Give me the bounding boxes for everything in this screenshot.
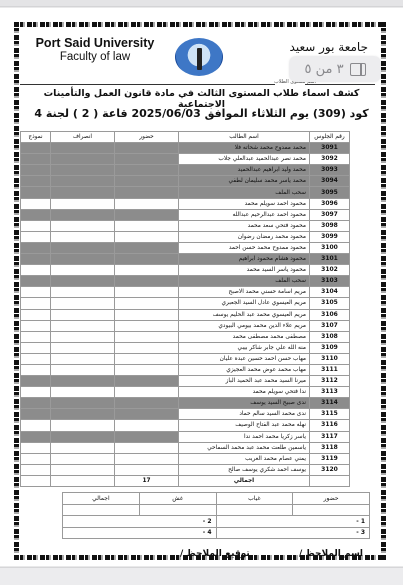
student-name: ندى صبيح السيد يوسف	[179, 398, 310, 409]
summary-line-2: 2 -	[63, 516, 217, 528]
attendance-cell	[115, 176, 179, 187]
table-row: 3094محمد ياسر محمد سليمان لطفي	[21, 176, 350, 187]
observer-signature-label: توقيع الملاحظ /	[180, 549, 250, 559]
seat-number: 3099	[310, 231, 350, 242]
student-name: مهاب حسن احمد حسين عبده عليان	[179, 353, 310, 364]
seat-number: 3097	[310, 209, 350, 220]
form-cell	[21, 198, 51, 209]
total-value: 17	[115, 475, 179, 486]
leave-cell	[51, 187, 115, 198]
seat-number: 3103	[310, 276, 350, 287]
form-cell	[21, 342, 51, 353]
form-cell	[21, 220, 51, 231]
page-indicator-text: ٣ من ٥	[304, 62, 343, 77]
leave-cell	[51, 231, 115, 242]
table-row: 3119يمني عصام محمد الغريب	[21, 453, 350, 464]
leave-cell	[51, 353, 115, 364]
form-cell	[21, 287, 51, 298]
total-empty	[51, 475, 115, 486]
table-row: 3109منه الله علي جابر شاكر بيبي	[21, 342, 350, 353]
student-name: مريم العيسوي عادل السيد الجعبري	[179, 298, 310, 309]
student-name: يمني عصام محمد الغريب	[179, 453, 310, 464]
form-cell	[21, 364, 51, 375]
table-row: 3116نهله محمد عبد الفتاح الوصيف	[21, 420, 350, 431]
form-cell	[21, 409, 51, 420]
student-name: محمود ياسر السيد محمد	[179, 265, 310, 276]
student-name: ياسر زكريا محمد احمد ندا	[179, 431, 310, 442]
seat-number: 3112	[310, 376, 350, 387]
form-cell	[21, 242, 51, 253]
seat-number: 3109	[310, 342, 350, 353]
summary-cheating-value	[139, 504, 216, 516]
leave-cell	[51, 331, 115, 342]
student-name: مهاب محمد عوض محمد العجيزي	[179, 364, 310, 375]
table-row: 3097محمود احمد عبدالرحيم عبدالله	[21, 209, 350, 220]
student-name: سحب الملف	[179, 187, 310, 198]
document-subtitle: كود (309) يوم الثلاثاء الموافق 2025/06/0…	[20, 107, 383, 120]
attendance-cell	[115, 254, 179, 265]
attendance-cell	[115, 342, 179, 353]
attendance-cell	[115, 320, 179, 331]
seat-number: 3106	[310, 309, 350, 320]
summary-absent-value	[216, 504, 293, 516]
seat-number: 3113	[310, 387, 350, 398]
table-row: 3101محمود هشام محمود ابراهيم	[21, 254, 350, 265]
leave-cell	[51, 420, 115, 431]
page-indicator[interactable]: ٣ من ٥	[289, 56, 381, 82]
table-row: 3100محمود ممدوح محمد حسن احمد	[21, 242, 350, 253]
attendance-cell	[115, 387, 179, 398]
total-row: اجمالي 17	[21, 475, 350, 486]
university-logo-icon	[175, 38, 223, 76]
form-cell	[21, 453, 51, 464]
attendance-cell	[115, 220, 179, 231]
attendance-cell	[115, 165, 179, 176]
table-row: 3120يوسف احمد شكري يوسف صالح	[21, 464, 350, 475]
leave-cell	[51, 342, 115, 353]
seat-number: 3092	[310, 154, 350, 165]
form-cell	[21, 387, 51, 398]
leave-cell	[51, 376, 115, 387]
leave-cell	[51, 453, 115, 464]
summary-line-row: 3 - 4 -	[63, 527, 370, 539]
table-row: 3114ندى صبيح السيد يوسف	[21, 398, 350, 409]
student-name: ندا فتحي سويلم محمد	[179, 387, 310, 398]
table-row: 3106مريم العيسوي محمد عبد الحليم يوسف	[21, 309, 350, 320]
summary-present-value	[293, 504, 370, 516]
student-name: مريم اسامة حسني محمد الاصبح	[179, 287, 310, 298]
summary-line-1: 1 -	[216, 516, 370, 528]
faculty-title: Faculty of law	[30, 51, 160, 63]
attendance-cell	[115, 209, 179, 220]
attendance-cell	[115, 154, 179, 165]
student-name: محمود ممدوح محمد حسن احمد	[179, 242, 310, 253]
student-name: نهله محمد عبد الفتاح الوصيف	[179, 420, 310, 431]
form-cell	[21, 420, 51, 431]
seat-number: 3105	[310, 298, 350, 309]
column-header-seat: رقم الجلوس	[310, 132, 350, 143]
form-cell	[21, 376, 51, 387]
leave-cell	[51, 198, 115, 209]
form-cell	[21, 209, 51, 220]
form-cell	[21, 154, 51, 165]
attendance-cell	[115, 453, 179, 464]
student-name: محمد نصر عبدالحميد عبدالعلي جلاب	[179, 154, 310, 165]
student-name: يوسف احمد شكري يوسف صالح	[179, 464, 310, 475]
table-row: 3110مهاب حسن احمد حسين عبده عليان	[21, 353, 350, 364]
form-cell	[21, 309, 51, 320]
leave-cell	[51, 176, 115, 187]
student-name: محمد ممدوح محمد شحاته فلا	[179, 143, 310, 154]
table-row: 3112ميرنا السيد محمد عبد الحميد الباز	[21, 376, 350, 387]
leave-cell	[51, 143, 115, 154]
column-header-form: نموذج	[21, 132, 51, 143]
sidebar-toggle-icon[interactable]	[350, 63, 366, 76]
summary-table: حضور غياب غش اجمالي 1 - 2 - 3 - 4 -	[62, 492, 370, 539]
seat-number: 3093	[310, 165, 350, 176]
attendance-cell	[115, 143, 179, 154]
viewer-top-bar	[0, 0, 403, 7]
attendance-cell	[115, 331, 179, 342]
form-cell	[21, 231, 51, 242]
attendance-cell	[115, 442, 179, 453]
attendance-cell	[115, 309, 179, 320]
summary-header-row: حضور غياب غش اجمالي	[63, 493, 370, 505]
student-name: ياسمين طلعت محمد عبد محمد السماحي	[179, 442, 310, 453]
seat-number: 3120	[310, 464, 350, 475]
form-cell	[21, 398, 51, 409]
leave-cell	[51, 154, 115, 165]
table-row: 3111مهاب محمد عوض محمد العجيزي	[21, 364, 350, 375]
seat-number: 3114	[310, 398, 350, 409]
summary-line-4: 4 -	[63, 527, 217, 539]
attendance-cell	[115, 398, 179, 409]
university-name-en: Port Said University Faculty of law	[30, 36, 160, 63]
form-cell	[21, 276, 51, 287]
column-header-attendance: حضور	[115, 132, 179, 143]
observer-name-label: اسم الملاحظ /	[299, 549, 363, 559]
form-cell	[21, 265, 51, 276]
seat-number: 3119	[310, 453, 350, 464]
leave-cell	[51, 165, 115, 176]
leave-cell	[51, 320, 115, 331]
form-cell	[21, 331, 51, 342]
leave-cell	[51, 442, 115, 453]
seat-number: 3094	[310, 176, 350, 187]
leave-cell	[51, 298, 115, 309]
leave-cell	[51, 431, 115, 442]
form-cell	[21, 464, 51, 475]
student-name: سحب الملف	[179, 276, 310, 287]
seat-number: 3108	[310, 331, 350, 342]
table-row: 3091محمد ممدوح محمد شحاته فلا	[21, 143, 350, 154]
student-name: ندى محمد السيد سالم حماد	[179, 409, 310, 420]
form-cell	[21, 165, 51, 176]
summary-header-absent: غياب	[216, 493, 293, 505]
total-spacer	[310, 475, 350, 486]
attendance-cell	[115, 287, 179, 298]
viewer-bottom-bar	[0, 567, 403, 585]
leave-cell	[51, 254, 115, 265]
student-name: ميرنا السيد محمد عبد الحميد الباز	[179, 376, 310, 387]
attendance-cell	[115, 276, 179, 287]
leave-cell	[51, 220, 115, 231]
form-cell	[21, 442, 51, 453]
attendance-cell	[115, 198, 179, 209]
student-name: محمود فتحي سعد محمد	[179, 220, 310, 231]
attendance-cell	[115, 265, 179, 276]
student-name: محمود احمد سويلم محمد	[179, 198, 310, 209]
seat-number: 3118	[310, 442, 350, 453]
attendance-cell	[115, 420, 179, 431]
table-row: 3105مريم العيسوي عادل السيد الجعبري	[21, 298, 350, 309]
seat-number: 3101	[310, 254, 350, 265]
table-row: 3113ندا فتحي سويلم محمد	[21, 387, 350, 398]
attendance-cell	[115, 376, 179, 387]
seat-number: 3107	[310, 320, 350, 331]
leave-cell	[51, 276, 115, 287]
seat-number: 3100	[310, 242, 350, 253]
seat-number: 3096	[310, 198, 350, 209]
student-name: محمود احمد عبدالرحيم عبدالله	[179, 209, 310, 220]
leave-cell	[51, 409, 115, 420]
leave-cell	[51, 398, 115, 409]
table-row: 3117ياسر زكريا محمد احمد ندا	[21, 431, 350, 442]
table-row: 3104مريم اسامة حسني محمد الاصبح	[21, 287, 350, 298]
attendance-cell	[115, 431, 179, 442]
table-row: 3093محمد وليد ابراهيم عبدالحميد	[21, 165, 350, 176]
table-row: 3096محمود احمد سويلم محمد	[21, 198, 350, 209]
summary-line-row: 1 - 2 -	[63, 516, 370, 528]
attendance-cell	[115, 242, 179, 253]
table-row: 3118ياسمين طلعت محمد عبد محمد السماحي	[21, 442, 350, 453]
attendance-cell	[115, 231, 179, 242]
form-cell	[21, 353, 51, 364]
leave-cell	[51, 364, 115, 375]
seat-number: 3098	[310, 220, 350, 231]
decorative-border-top	[14, 22, 386, 27]
seat-number: 3117	[310, 431, 350, 442]
document-page: Port Said University Faculty of law جامع…	[0, 8, 403, 566]
summary-header-total: اجمالي	[63, 493, 140, 505]
table-row: 3108مصطفى محمد مصطفى محمد	[21, 331, 350, 342]
total-label: اجمالي	[179, 475, 310, 486]
student-name: محمد ياسر محمد سليمان لطفي	[179, 176, 310, 187]
seat-number: 3095	[310, 187, 350, 198]
form-cell	[21, 431, 51, 442]
form-cell	[21, 298, 51, 309]
leave-cell	[51, 265, 115, 276]
form-cell	[21, 320, 51, 331]
seat-number: 3102	[310, 265, 350, 276]
seat-number: 3116	[310, 420, 350, 431]
student-name: مريم العيسوي محمد عبد الحليم يوسف	[179, 309, 310, 320]
summary-line-3: 3 -	[216, 527, 370, 539]
leave-cell	[51, 209, 115, 220]
form-cell	[21, 143, 51, 154]
attendance-cell	[115, 464, 179, 475]
table-row: 3098محمود فتحي سعد محمد	[21, 220, 350, 231]
student-name: مصطفى محمد مصطفى محمد	[179, 331, 310, 342]
attendance-cell	[115, 353, 179, 364]
table-row: 3099محمود محمد رمضان رضوان	[21, 231, 350, 242]
attendance-cell	[115, 409, 179, 420]
total-empty	[21, 475, 51, 486]
form-cell	[21, 176, 51, 187]
attendance-cell	[115, 364, 179, 375]
form-cell	[21, 187, 51, 198]
summary-header-present: حضور	[293, 493, 370, 505]
attendance-cell	[115, 187, 179, 198]
seat-number: 3115	[310, 409, 350, 420]
university-title: Port Said University	[30, 36, 160, 50]
divider	[20, 84, 275, 85]
summary-total-value	[63, 504, 140, 516]
table-header-row: رقم الجلوس اسم الطالب حضور انصراف نموذج	[21, 132, 350, 143]
university-name-ar: جامعة بور سعيد	[290, 40, 368, 54]
student-name: محمود هشام محمود ابراهيم	[179, 254, 310, 265]
seat-number: 3091	[310, 143, 350, 154]
attendance-cell	[115, 298, 179, 309]
table-row: 3115ندى محمد السيد سالم حماد	[21, 409, 350, 420]
leave-cell	[51, 242, 115, 253]
lighthouse-icon	[197, 48, 202, 70]
summary-header-cheating: غش	[139, 493, 216, 505]
table-row: 3095سحب الملف	[21, 187, 350, 198]
leave-cell	[51, 309, 115, 320]
form-cell	[21, 254, 51, 265]
decorative-border-left	[14, 22, 19, 560]
seat-number: 3111	[310, 364, 350, 375]
students-table: رقم الجلوس اسم الطالب حضور انصراف نموذج …	[20, 131, 350, 487]
leave-cell	[51, 387, 115, 398]
leave-cell	[51, 464, 115, 475]
student-name: منه الله علي جابر شاكر بيبي	[179, 342, 310, 353]
table-row: 3102محمود ياسر السيد محمد	[21, 265, 350, 276]
student-name: محمد وليد ابراهيم عبدالحميد	[179, 165, 310, 176]
summary-values-row	[63, 504, 370, 516]
column-header-leave: انصراف	[51, 132, 115, 143]
leave-cell	[51, 287, 115, 298]
column-header-name: اسم الطالب	[179, 132, 310, 143]
student-name: محمود محمد رمضان رضوان	[179, 231, 310, 242]
student-name: مريم علاء الدين محمد بيومي البيودي	[179, 320, 310, 331]
table-row: 3107مريم علاء الدين محمد بيومي البيودي	[21, 320, 350, 331]
table-row: 3092محمد نصر عبدالحميد عبدالعلي جلاب	[21, 154, 350, 165]
table-row: 3103سحب الملف	[21, 276, 350, 287]
seat-number: 3104	[310, 287, 350, 298]
seat-number: 3110	[310, 353, 350, 364]
